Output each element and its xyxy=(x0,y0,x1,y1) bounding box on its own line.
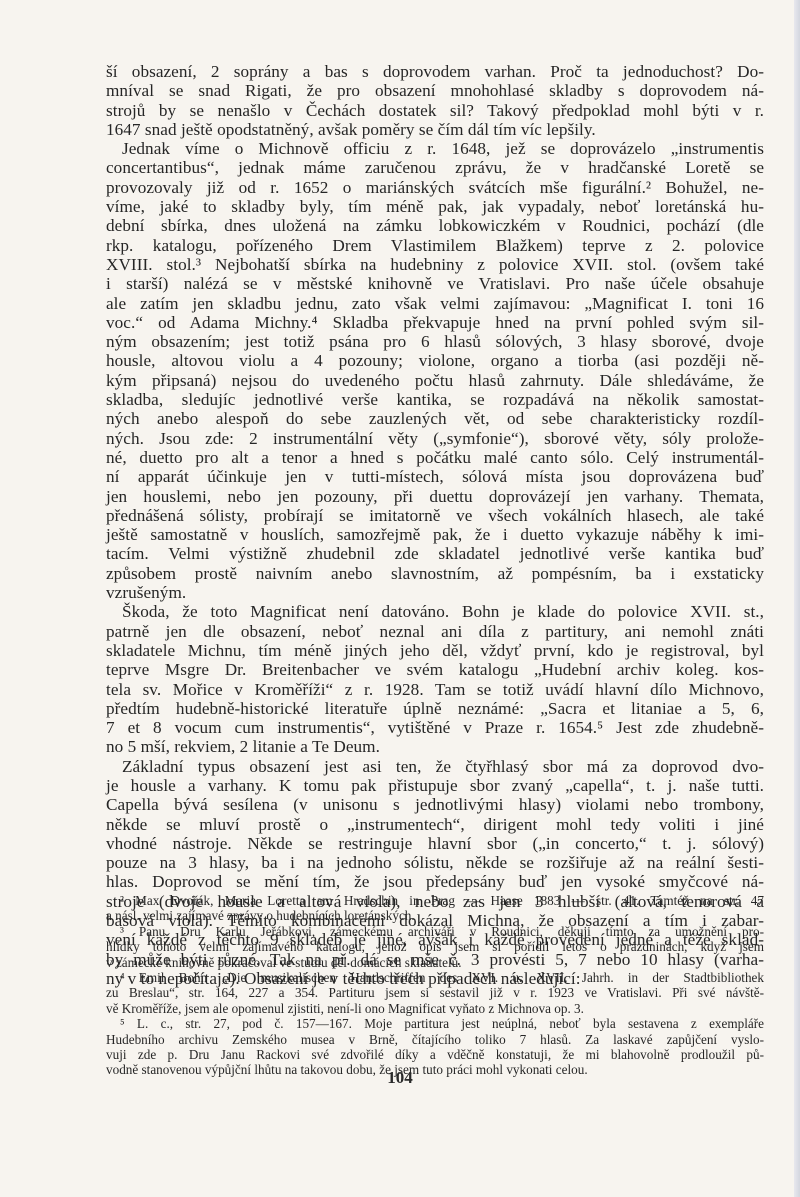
body-text-line: dební sbírka, dnes uložená na zámku lobk… xyxy=(106,216,764,235)
body-text-line: provozovaly již od r. 1652 o mariánských… xyxy=(106,178,764,197)
footnote-line: ⁵ L. c., str. 27, pod č. 157—167. Moje p… xyxy=(106,1016,764,1031)
body-text-line: je housle a varhany. K tomu pak přistupu… xyxy=(106,776,764,795)
body-text-line: 1647 snad ještě opodstatněný, avšak pomě… xyxy=(106,120,764,139)
footnote-line: vě Kroměříže, jsem ale opomenul zjistiti… xyxy=(106,1001,764,1016)
footnote-line: hlídky tohoto velmi zajímavého katalogu,… xyxy=(106,939,764,954)
page-edge-shadow xyxy=(794,0,800,1197)
footnote-line: ³ Panu Dru Karlu Jeřábkovi, zámeckému ar… xyxy=(106,924,764,939)
body-text-line: hlas. Doprovod se mění tím, že jsou před… xyxy=(106,872,764,891)
body-text-line: 7 et 8 vocum cum instrumentis“, vytištěn… xyxy=(106,718,764,737)
body-text-line: skladatele Michnu, tím méně jiných jeho … xyxy=(106,641,764,660)
page-number: 104 xyxy=(0,1068,800,1088)
body-text-line: Základní typus obsazení jest asi ten, že… xyxy=(106,757,764,776)
body-text-line: víme, jaké to skladby byly, tím méně pak… xyxy=(106,197,764,216)
footnote-line: vuji zde p. Dru Janu Rackovi své zdvořil… xyxy=(106,1047,764,1062)
body-text-line: teprve Msgre Dr. Breitenbacher ve svém k… xyxy=(106,660,764,679)
footnote-line: ² Max Dvořák, Maria Loretta am Hradschin… xyxy=(106,893,764,908)
body-text-line: ných. Jsou zde: 2 instrumentální věty („… xyxy=(106,429,764,448)
body-text-line: kým připsaná) nejsou do uvedeného počtu … xyxy=(106,371,764,390)
body-text-line: způsobem prostě naivním anebo slavnostní… xyxy=(106,564,764,583)
body-text-line: housle, altovou violu a 4 pozouny; violo… xyxy=(106,351,764,370)
body-text-line: rkp. katalogu, pořízeného Drem Vlastimil… xyxy=(106,236,764,255)
body-text-line: ještě samostatně v houslích, samozřejmě … xyxy=(106,525,764,544)
footnote-line: zu Breslau“, str. 164, 227 a 354. Partit… xyxy=(106,985,764,1000)
footnote-line: a násl. velmi zajímavé zprávy o hudebníc… xyxy=(106,908,764,923)
body-text-line: ných anebo alespoň do sebe zauzlených vě… xyxy=(106,409,764,428)
footnote-line: ⁴ Emil Bohn „Die musikalischen Handschri… xyxy=(106,970,764,985)
body-text-line: ným obsazením; jest totiž psána pro 6 hl… xyxy=(106,332,764,351)
body-text-line: Jednak víme o Michnově officiu z r. 1648… xyxy=(106,139,764,158)
body-text-line: strojů by se nenašlo v Čechách dostatek … xyxy=(106,101,764,120)
body-text-line: skladba, sledujíc jednotlivé verše kanti… xyxy=(106,390,764,409)
body-text-line: ší obsazení, 2 soprány a bas s doprovode… xyxy=(106,62,764,81)
body-text-line: no 5 mší, rekviem, 2 litanie a Te Deum. xyxy=(106,737,764,756)
body-text-line: voc.“ od Adama Michny.⁴ Skladba překvapu… xyxy=(106,313,764,332)
body-text-line: ale zatím jen skladbu jednu, zato však v… xyxy=(106,294,764,313)
body-text-line: né, duetto pro alt a tenor a hned s počá… xyxy=(106,448,764,467)
body-text-line: tacím. Velmi výstižně zhudebnil zde skla… xyxy=(106,544,764,563)
body-text-line: pouze na 3 hlasy, ba i na jednoho sólist… xyxy=(106,853,764,872)
body-text-line: patrně jen dle obsazení, neboť neznal an… xyxy=(106,622,764,641)
footnote-line: v zámecké knihovně pokračoval ve studiu … xyxy=(106,955,764,970)
body-text-line: concertantibus“, jednak máme zaručenou z… xyxy=(106,158,764,177)
body-text-line: předtím hudebně-historické literatuře úp… xyxy=(106,699,764,718)
body-text-line: XVIII. stol.³ Nejbohatší sbírka na hudeb… xyxy=(106,255,764,274)
body-text-line: vhodné nástroje. Někde se restringuje hl… xyxy=(106,834,764,853)
footnote-line: Hudebního archivu Zemského musea v Brně,… xyxy=(106,1032,764,1047)
body-text-line: vzrušeným. xyxy=(106,583,764,602)
body-text-line: mníval se snad Rigati, že pro obsazení m… xyxy=(106,81,764,100)
body-text-line: Capella bývá sesílena (v unisonu s jedno… xyxy=(106,795,764,814)
main-body-text: ší obsazení, 2 soprány a bas s doprovode… xyxy=(106,62,764,988)
body-text-line: někde se mluví prostě o „instrumentech“,… xyxy=(106,815,764,834)
body-text-line: Škoda, že toto Magnificat není datováno.… xyxy=(106,602,764,621)
body-text-line: jen houslemi, nebo jen pozouny, při duet… xyxy=(106,487,764,506)
body-text-line: tela sv. Mořice v Kroměříži“ z r. 1928. … xyxy=(106,680,764,699)
body-text-line: ní apparát účinkuje jen v tutti-místech,… xyxy=(106,467,764,486)
body-text-line: přednášená sólisty, probírají se imitato… xyxy=(106,506,764,525)
scanned-book-page: ší obsazení, 2 soprány a bas s doprovode… xyxy=(0,0,800,1197)
footnotes-section: ² Max Dvořák, Maria Loretta am Hradschin… xyxy=(106,893,764,1078)
body-text-line: i starší) nalézá se v městské knihovně v… xyxy=(106,274,764,293)
